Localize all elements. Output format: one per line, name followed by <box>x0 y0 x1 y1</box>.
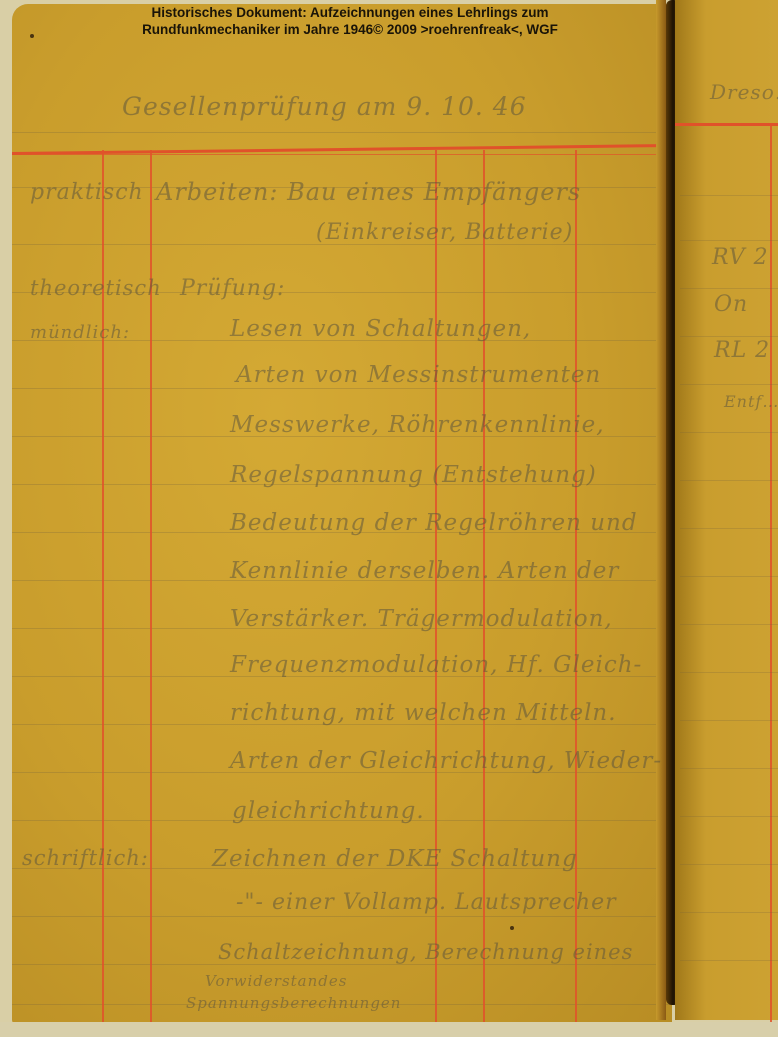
entry-text: Zeichnen der DKE Schaltung <box>212 846 578 872</box>
right-page-fragment: On <box>714 292 748 317</box>
right-page-fragment: RL 2 <box>714 338 770 363</box>
entry-text: richtung, mit welchen Mitteln. <box>230 700 617 726</box>
entry-text: Lesen von Schaltungen, <box>230 316 531 342</box>
entry-label: praktisch <box>30 180 144 205</box>
right-notebook-page <box>675 0 778 1020</box>
page-heading: Gesellenprüfung am 9. 10. 46 <box>122 92 527 121</box>
entry-text: Arbeiten: Bau eines Empfängers <box>156 178 581 206</box>
entry-label: mündlich: <box>30 322 130 343</box>
entry-text: Frequenzmodulation, Hf. Gleich- <box>230 652 642 678</box>
entry-text: Schaltzeichnung, Berechnung eines <box>218 940 633 964</box>
entry-text: Spannungsberechnungen <box>186 994 401 1012</box>
page-edge <box>656 0 666 1020</box>
table-surface <box>0 1022 778 1037</box>
entry-text: Verstärker. Trägermodulation, <box>230 606 613 632</box>
right-page-fragment: Dreso… <box>710 80 778 104</box>
entry-text: Messwerke, Röhrenkennlinie, <box>230 412 605 438</box>
entry-text: gleichrichtung. <box>232 798 425 824</box>
entry-label: schriftlich: <box>22 846 149 870</box>
watermark-caption: Historisches Dokument: Aufzeichnungen ei… <box>0 4 700 38</box>
entry-text: Prüfung: <box>180 276 285 301</box>
entry-text: (Einkreiser, Batterie) <box>316 220 573 245</box>
entry-text: Arten von Messinstrumenten <box>236 362 601 388</box>
right-page-fragment: Entf… <box>724 392 778 411</box>
entry-text: Regelspannung (Entstehung) <box>230 462 597 488</box>
entry-text: Vorwiderstandes <box>205 972 347 990</box>
entry-label: theoretisch <box>30 276 162 300</box>
entry-text: -"- einer Vollamp. Lautsprecher <box>236 890 617 915</box>
right-page-fragment: RV 2 <box>712 245 769 270</box>
caption-line-1: Historisches Dokument: Aufzeichnungen ei… <box>0 4 700 21</box>
entry-text: Arten der Gleichrichtung, Wieder- <box>230 748 662 774</box>
entry-text: Bedeutung der Regelröhren und <box>230 510 638 536</box>
entry-text: Kennlinie derselben. Arten der <box>230 558 619 584</box>
caption-line-2: Rundfunkmechaniker im Jahre 1946© 2009 >… <box>0 21 700 38</box>
